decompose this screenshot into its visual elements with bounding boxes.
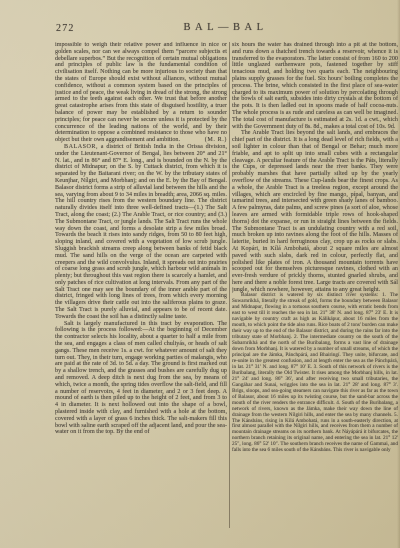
left-column: impossible to weigh their relative power… [55,42,227,528]
paragraph-text: six hours the water has drained through … [232,42,398,130]
paragraph-text: The Arable Tract lies beyond the salt la… [232,130,398,292]
entry-title: BALASOR, [64,144,98,150]
paragraph-salt-manufacture: Salt is largely manufactured in this tra… [55,321,227,437]
paragraph-river-systems: Balasor district is watered by six disti… [232,293,398,454]
paragraph-text: Balasor district is watered by six disti… [232,292,398,453]
paragraph-text: a district of British India in the Oriss… [55,144,227,320]
paragraph-text: impossible to weigh their relative power… [55,42,227,143]
column-divider [229,42,230,528]
page-header: 272 BAL—BAL [55,22,396,36]
page-number: 272 [56,23,75,34]
paragraph-salt-process-continued: six hours the water has drained through … [232,42,398,130]
paragraph-balance-of-power: impossible to weigh their relative power… [55,42,227,144]
paragraph-arable-tract: The Arable Tract lies beyond the salt la… [232,130,398,293]
author-initials: (M. R.) [205,137,227,144]
book-page: 272 BAL—BAL impossible to weigh their re… [0,0,400,548]
running-title: BAL—BAL [55,22,396,33]
text-columns: impossible to weigh their relative power… [55,42,398,528]
paragraph-balasor-entry: BALASOR, a district of British India in … [55,144,227,321]
right-column: six hours the water has drained through … [232,42,398,528]
paragraph-text: Salt is largely manufactured in this tra… [55,321,227,436]
